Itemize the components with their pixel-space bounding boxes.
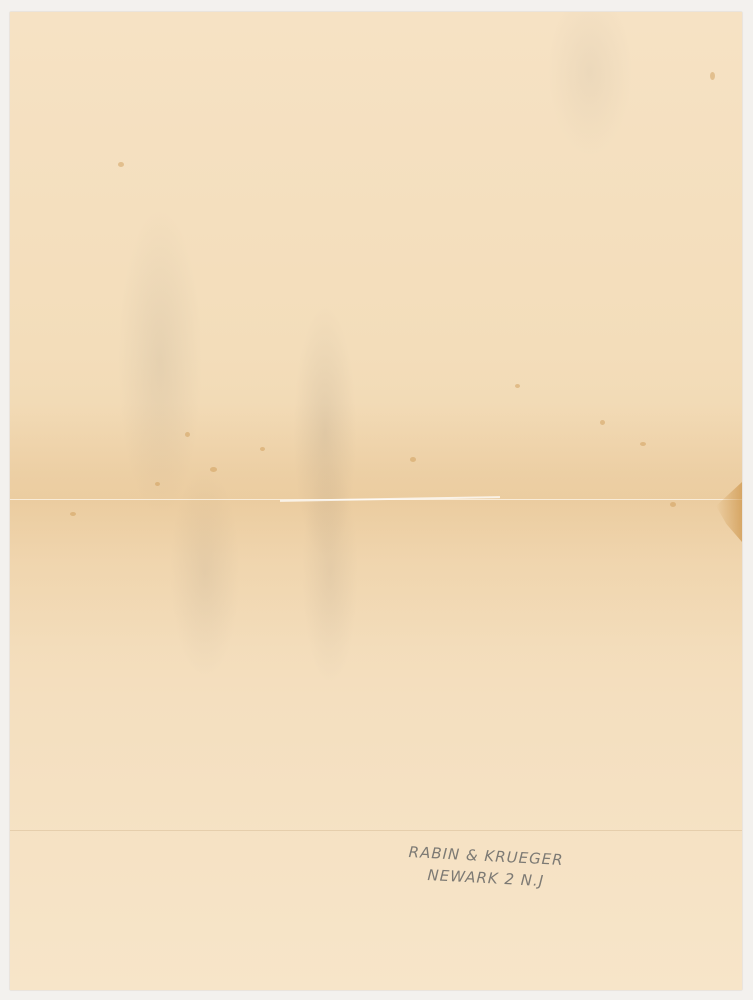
foxing-spot <box>640 442 646 446</box>
foxing-spot <box>210 467 217 472</box>
edge-stain <box>716 482 742 542</box>
foxing-spot <box>70 512 76 516</box>
foxing-spot <box>118 162 124 167</box>
foxing-spot <box>670 502 676 507</box>
lower-fold-line <box>10 830 742 831</box>
pencil-inscription: RABIN & KRUEGER NEWARK 2 N.J <box>407 841 564 893</box>
foxing-spot <box>410 457 416 462</box>
foxing-spot <box>155 482 160 486</box>
paper-sheet <box>10 12 742 990</box>
foxing-spot <box>260 447 265 451</box>
foxing-spot <box>600 420 605 425</box>
foxing-spot <box>515 384 520 388</box>
foxing-spot <box>710 72 715 80</box>
foxing-spot <box>185 432 190 437</box>
